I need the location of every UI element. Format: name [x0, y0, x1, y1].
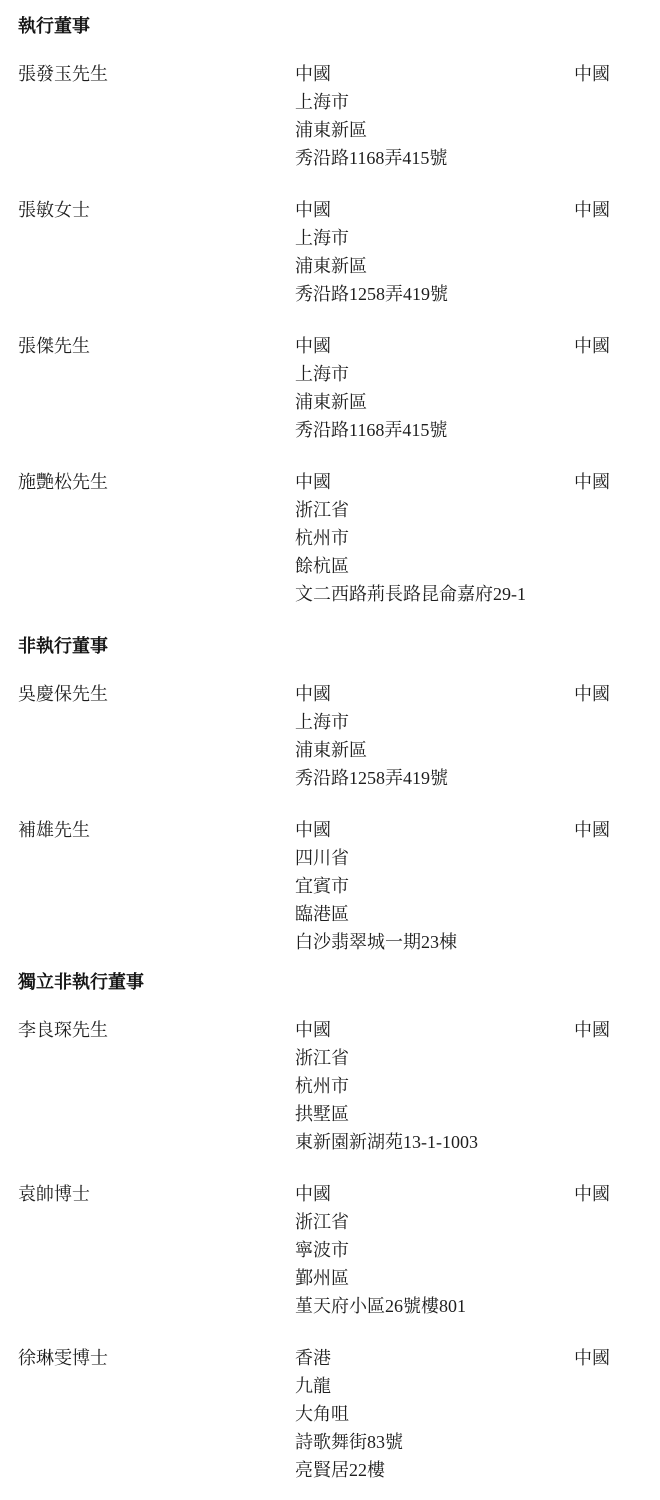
director-row: 徐琳雯博士 香港 九龍 大角咀 詩歌舞街83號 亮賢居22樓 中國 [18, 1344, 640, 1484]
section-header-independent-non-executive-directors: 獨立非執行董事 [18, 968, 640, 996]
director-row: 吳慶保先生 中國 上海市 浦東新區 秀沿路1258弄419號 中國 [18, 680, 640, 792]
address-line: 浙江省 [295, 1044, 574, 1072]
director-nationality: 中國 [574, 60, 640, 88]
director-address: 中國 浙江省 杭州市 餘杭區 文二西路荊長路昆侖嘉府29-1 [295, 468, 574, 608]
address-line: 亮賢居22樓 [295, 1456, 574, 1484]
director-row: 施艷松先生 中國 浙江省 杭州市 餘杭區 文二西路荊長路昆侖嘉府29-1 中國 [18, 468, 640, 608]
director-address: 中國 上海市 浦東新區 秀沿路1258弄419號 [295, 196, 574, 308]
address-line: 中國 [295, 1180, 574, 1208]
director-nationality: 中國 [574, 1344, 640, 1372]
address-line: 白沙翡翠城一期23棟 [295, 928, 574, 956]
address-line: 詩歌舞街83號 [295, 1428, 574, 1456]
director-nationality: 中國 [574, 680, 640, 708]
address-line: 秀沿路1168弄415號 [295, 144, 574, 172]
director-row: 李良琛先生 中國 浙江省 杭州市 拱墅區 東新園新湖苑13-1-1003 中國 [18, 1016, 640, 1156]
section-header-non-executive-directors: 非執行董事 [18, 632, 640, 660]
director-address: 香港 九龍 大角咀 詩歌舞街83號 亮賢居22樓 [295, 1344, 574, 1484]
address-line: 東新園新湖苑13-1-1003 [295, 1128, 574, 1156]
address-line: 上海市 [295, 224, 574, 252]
director-name: 施艷松先生 [18, 468, 295, 496]
address-line: 上海市 [295, 88, 574, 116]
address-line: 中國 [295, 1016, 574, 1044]
address-line: 香港 [295, 1344, 574, 1372]
address-line: 浙江省 [295, 1208, 574, 1236]
director-row: 張敏女士 中國 上海市 浦東新區 秀沿路1258弄419號 中國 [18, 196, 640, 308]
director-row: 袁帥博士 中國 浙江省 寧波市 鄞州區 堇天府小區26號樓801 中國 [18, 1180, 640, 1320]
address-line: 浙江省 [295, 496, 574, 524]
address-line: 浦東新區 [295, 736, 574, 764]
directors-list-page: 執行董事 張發玉先生 中國 上海市 浦東新區 秀沿路1168弄415號 中國 張… [0, 0, 660, 1500]
address-line: 中國 [295, 816, 574, 844]
director-row: 張發玉先生 中國 上海市 浦東新區 秀沿路1168弄415號 中國 [18, 60, 640, 172]
address-line: 浦東新區 [295, 116, 574, 144]
address-line: 大角咀 [295, 1400, 574, 1428]
director-nationality: 中國 [574, 332, 640, 360]
address-line: 堇天府小區26號樓801 [295, 1292, 574, 1320]
address-line: 秀沿路1258弄419號 [295, 764, 574, 792]
address-line: 九龍 [295, 1372, 574, 1400]
director-row: 補雄先生 中國 四川省 宜賓市 臨港區 白沙翡翠城一期23棟 中國 [18, 816, 640, 956]
address-line: 餘杭區 [295, 552, 574, 580]
director-name: 補雄先生 [18, 816, 295, 844]
address-line: 臨港區 [295, 900, 574, 928]
address-line: 中國 [295, 680, 574, 708]
director-nationality: 中國 [574, 468, 640, 496]
director-name: 李良琛先生 [18, 1016, 295, 1044]
address-line: 文二西路荊長路昆侖嘉府29-1 [295, 580, 574, 608]
address-line: 中國 [295, 468, 574, 496]
address-line: 杭州市 [295, 1072, 574, 1100]
director-nationality: 中國 [574, 1180, 640, 1208]
director-name: 袁帥博士 [18, 1180, 295, 1208]
address-line: 杭州市 [295, 524, 574, 552]
director-address: 中國 上海市 浦東新區 秀沿路1258弄419號 [295, 680, 574, 792]
address-line: 鄞州區 [295, 1264, 574, 1292]
director-nationality: 中國 [574, 1016, 640, 1044]
address-line: 浦東新區 [295, 252, 574, 280]
director-address: 中國 浙江省 杭州市 拱墅區 東新園新湖苑13-1-1003 [295, 1016, 574, 1156]
director-row: 張傑先生 中國 上海市 浦東新區 秀沿路1168弄415號 中國 [18, 332, 640, 444]
address-line: 秀沿路1168弄415號 [295, 416, 574, 444]
director-nationality: 中國 [574, 816, 640, 844]
director-address: 中國 上海市 浦東新區 秀沿路1168弄415號 [295, 332, 574, 444]
address-line: 上海市 [295, 708, 574, 736]
address-line: 中國 [295, 332, 574, 360]
section-header-executive-directors: 執行董事 [18, 12, 640, 40]
director-address: 中國 浙江省 寧波市 鄞州區 堇天府小區26號樓801 [295, 1180, 574, 1320]
address-line: 中國 [295, 60, 574, 88]
address-line: 浦東新區 [295, 388, 574, 416]
director-address: 中國 四川省 宜賓市 臨港區 白沙翡翠城一期23棟 [295, 816, 574, 956]
director-name: 張傑先生 [18, 332, 295, 360]
address-line: 寧波市 [295, 1236, 574, 1264]
address-line: 四川省 [295, 844, 574, 872]
address-line: 秀沿路1258弄419號 [295, 280, 574, 308]
address-line: 宜賓市 [295, 872, 574, 900]
director-nationality: 中國 [574, 196, 640, 224]
director-name: 吳慶保先生 [18, 680, 295, 708]
director-name: 張敏女士 [18, 196, 295, 224]
address-line: 上海市 [295, 360, 574, 388]
director-address: 中國 上海市 浦東新區 秀沿路1168弄415號 [295, 60, 574, 172]
director-name: 徐琳雯博士 [18, 1344, 295, 1372]
address-line: 中國 [295, 196, 574, 224]
director-name: 張發玉先生 [18, 60, 295, 88]
address-line: 拱墅區 [295, 1100, 574, 1128]
